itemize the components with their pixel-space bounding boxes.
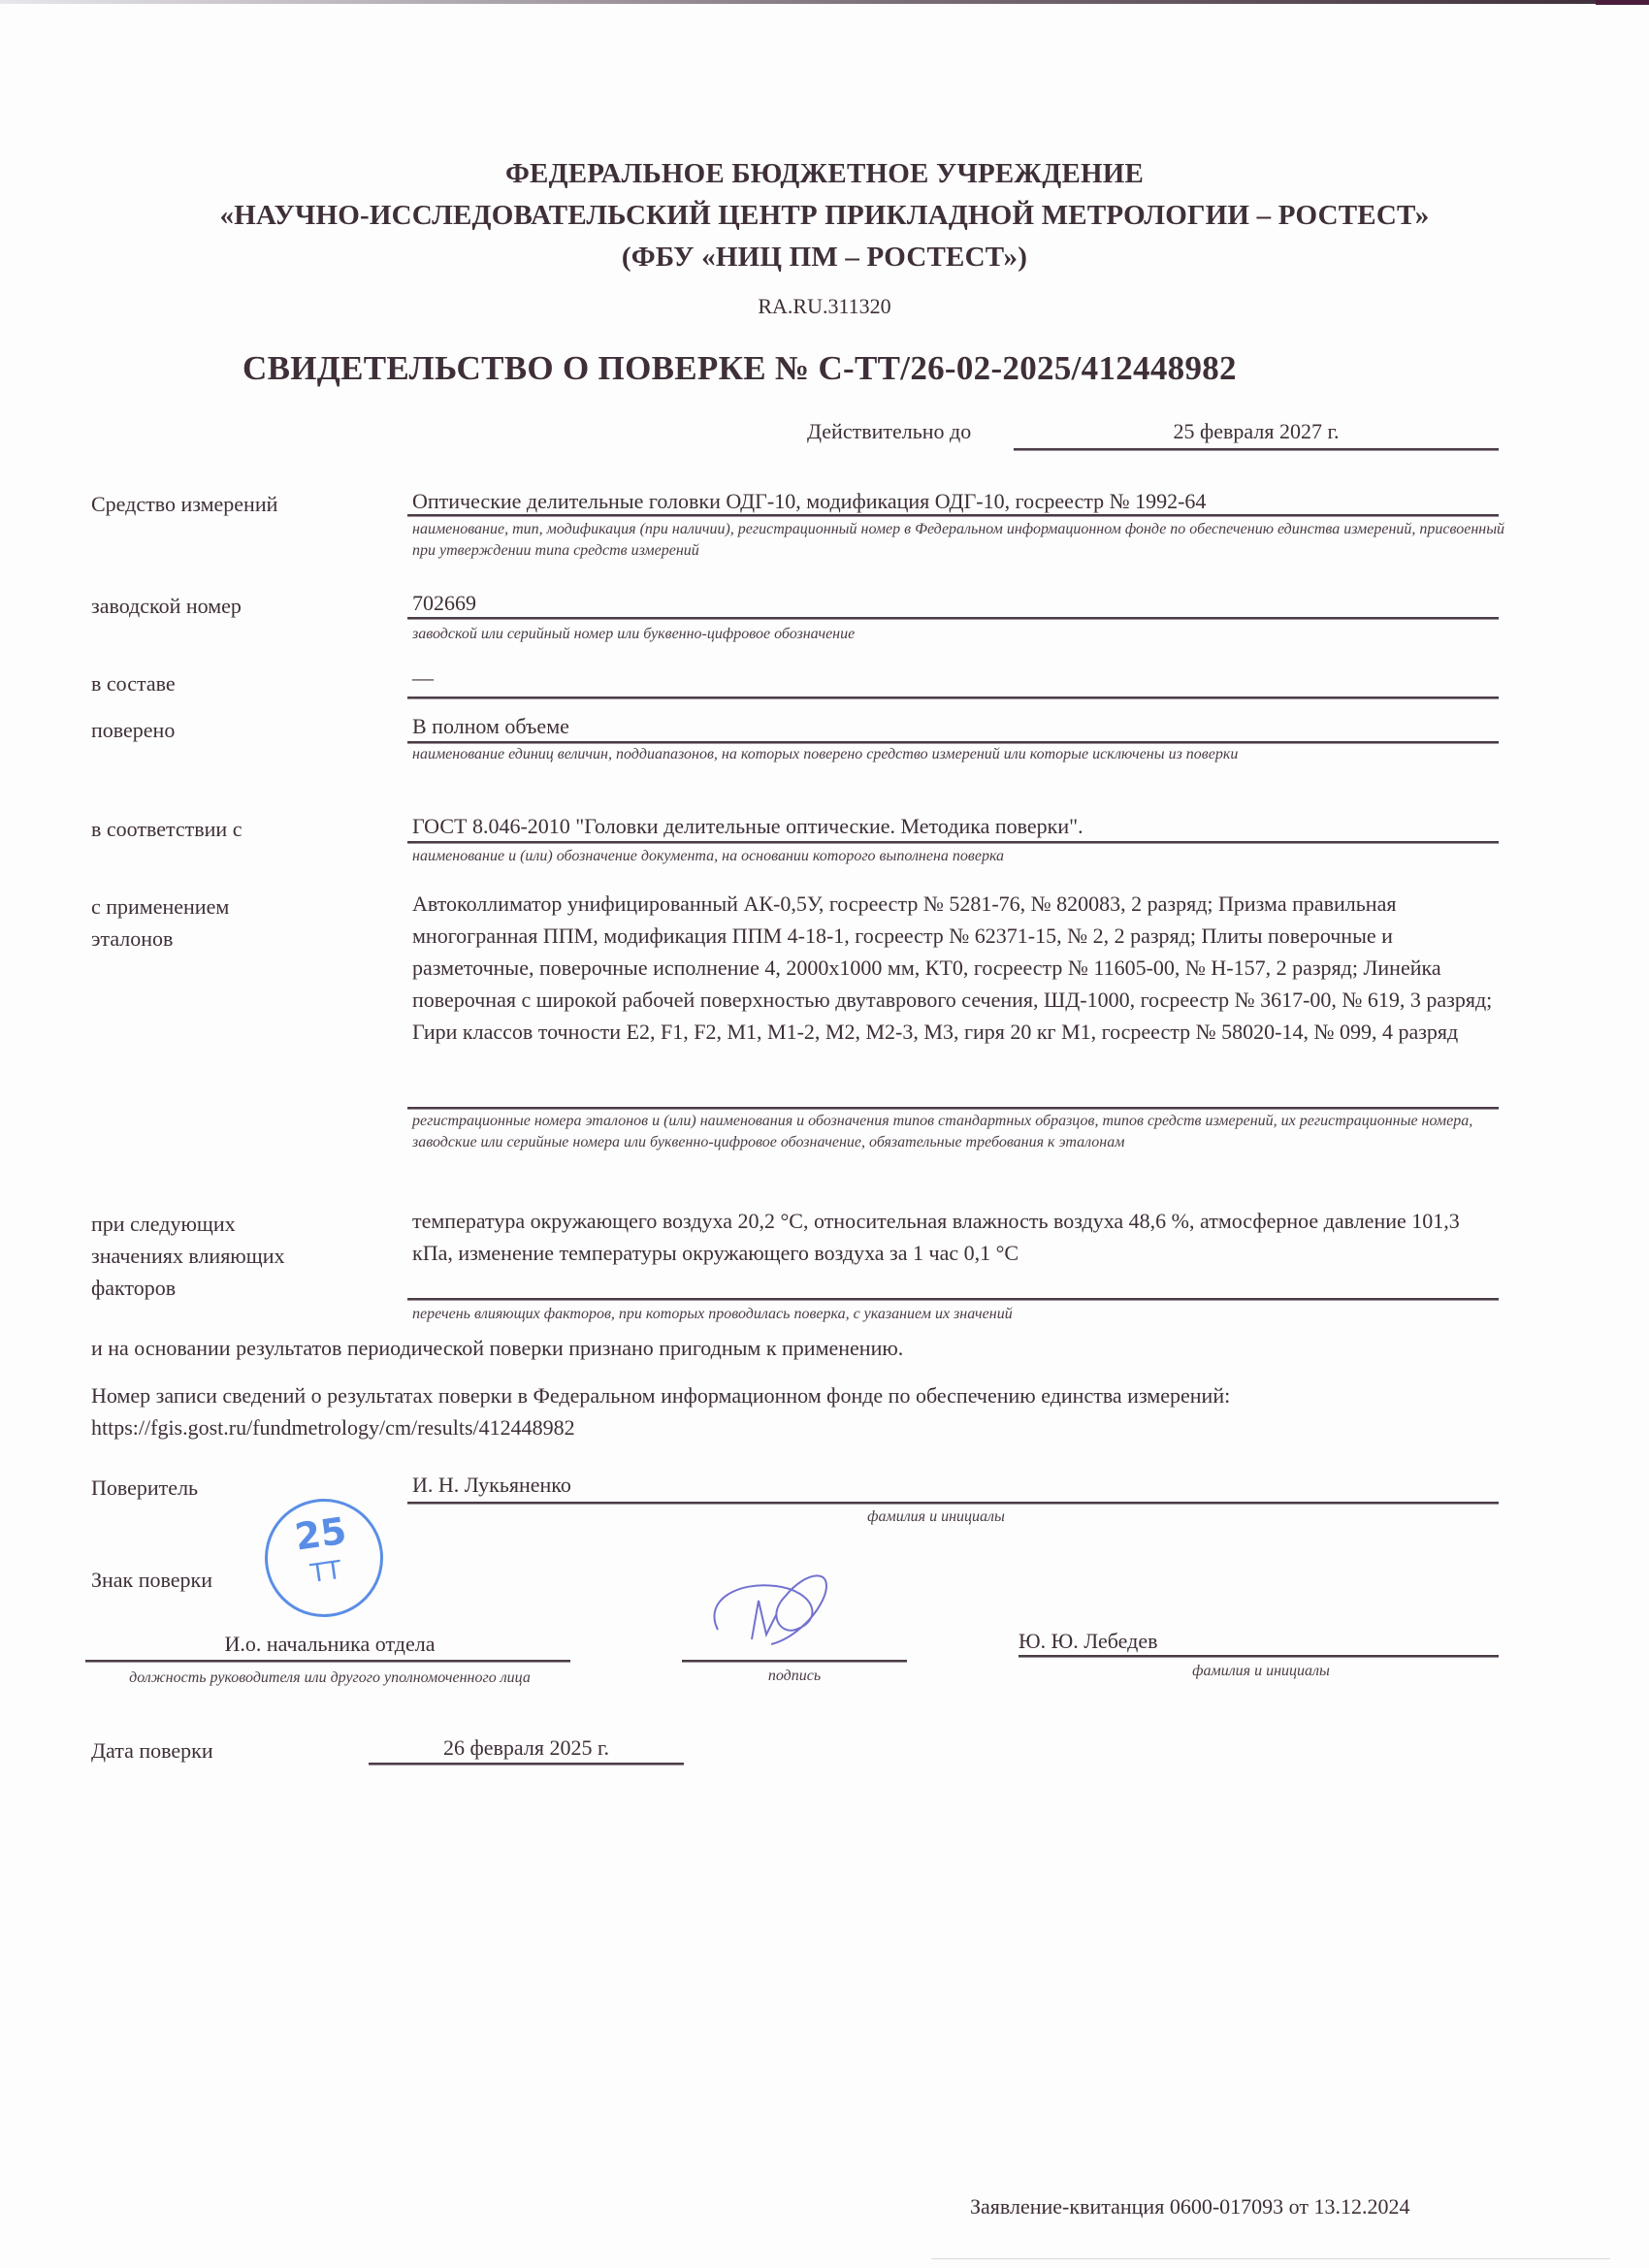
instrument-label: Средство измерений	[91, 488, 277, 520]
signatory-position: И.о. начальника отдела	[87, 1628, 572, 1660]
according-to-label: в соответствии с	[91, 813, 242, 845]
signatory-name: Ю. Ю. Лебедев	[1018, 1625, 1309, 1657]
signature-line	[682, 1660, 907, 1663]
valid-until-value: 25 февраля 2027 г.	[1014, 419, 1499, 444]
conditions-line	[407, 1298, 1499, 1301]
application-receipt: Заявление-квитанция 0600-017093 от 13.12…	[970, 2194, 1409, 2219]
verified-hint: наименование единиц величин, поддиапазон…	[412, 744, 1266, 765]
verified-value: В полном объеме	[412, 710, 1503, 742]
according-to-line	[407, 841, 1499, 844]
according-to-hint: наименование и (или) обозначение докумен…	[412, 846, 1503, 867]
signatory-name-line	[1018, 1655, 1499, 1658]
valid-until-label: Действительно до	[807, 419, 971, 444]
standards-value: Автоколлиматор унифицированный АК-0,5У, …	[412, 888, 1503, 1048]
according-to-value: ГОСТ 8.046-2010 "Головки делительные опт…	[412, 810, 1503, 842]
conditions-label-2: значениях влияющих	[91, 1240, 284, 1272]
date-value: 26 февраля 2025 г.	[369, 1732, 684, 1764]
accreditation-number: RA.RU.311320	[0, 294, 1649, 319]
conditions-hint: перечень влияющих факторов, при которых …	[412, 1304, 1503, 1325]
instrument-hint: наименование, тип, модификация (при нали…	[412, 519, 1518, 562]
composition-value: —	[412, 662, 1503, 694]
date-label: Дата поверки	[91, 1734, 213, 1766]
signatory-name-hint: фамилия и инициалы	[1067, 1661, 1455, 1682]
verifier-name: И. Н. Лукьяненко	[412, 1469, 1503, 1501]
fgis-record-text: Номер записи сведений о результатах пове…	[91, 1379, 1449, 1443]
org-line-3: (ФБУ «НИЦ ПМ – РОСТЕСТ»)	[0, 237, 1649, 278]
instrument-value: Оптические делительные головки ОДГ-10, м…	[412, 485, 1503, 517]
conditions-value: температура окружающего воздуха 20,2 °С,…	[412, 1205, 1479, 1269]
serial-label: заводской номер	[91, 590, 242, 622]
composition-line	[407, 697, 1499, 699]
certificate-title: СВИДЕТЕЛЬСТВО О ПОВЕРКЕ № С-ТТ/26-02-202…	[242, 349, 1237, 388]
bottom-rule	[931, 2258, 1610, 2259]
serial-value: 702669	[412, 587, 1503, 619]
verified-label: поверено	[91, 714, 175, 746]
org-line-2: «НАУЧНО-ИССЛЕДОВАТЕЛЬСКИЙ ЦЕНТР ПРИКЛАДН…	[0, 195, 1649, 237]
signature-hint: подпись	[682, 1666, 907, 1687]
conditions-label-3: факторов	[91, 1272, 176, 1304]
standards-label-1: с применением	[91, 891, 229, 923]
serial-line	[407, 617, 1499, 620]
verification-stamp: 25 ТТ	[257, 1491, 391, 1625]
scan-edge-mark	[1596, 0, 1649, 5]
scan-edge	[0, 0, 1649, 4]
composition-label: в составе	[91, 667, 176, 699]
position-line	[85, 1660, 570, 1663]
signature-icon	[698, 1562, 854, 1659]
verifier-label: Поверитель	[91, 1472, 198, 1504]
instrument-line	[407, 514, 1499, 517]
standards-label-2: эталонов	[91, 923, 173, 955]
org-line-1: ФЕДЕРАЛЬНОЕ БЮДЖЕТНОЕ УЧРЕЖДЕНИЕ	[0, 153, 1649, 195]
date-line	[369, 1763, 684, 1766]
conditions-label-1: при следующих	[91, 1208, 236, 1240]
valid-until-line	[1014, 448, 1499, 451]
organization-header: ФЕДЕРАЛЬНОЕ БЮДЖЕТНОЕ УЧРЕЖДЕНИЕ «НАУЧНО…	[0, 153, 1649, 278]
standards-line	[407, 1107, 1499, 1110]
position-hint: должность руководителя или другого уполн…	[126, 1666, 533, 1691]
mark-label: Знак поверки	[91, 1564, 212, 1596]
verifier-line	[407, 1502, 1499, 1505]
conclusion-text: и на основании результатов периодической…	[91, 1332, 1507, 1364]
standards-hint: регистрационные номера эталонов и (или) …	[412, 1111, 1479, 1153]
serial-hint: заводской или серийный номер или буквенн…	[412, 624, 1503, 645]
verifier-hint: фамилия и инициалы	[742, 1507, 1130, 1528]
